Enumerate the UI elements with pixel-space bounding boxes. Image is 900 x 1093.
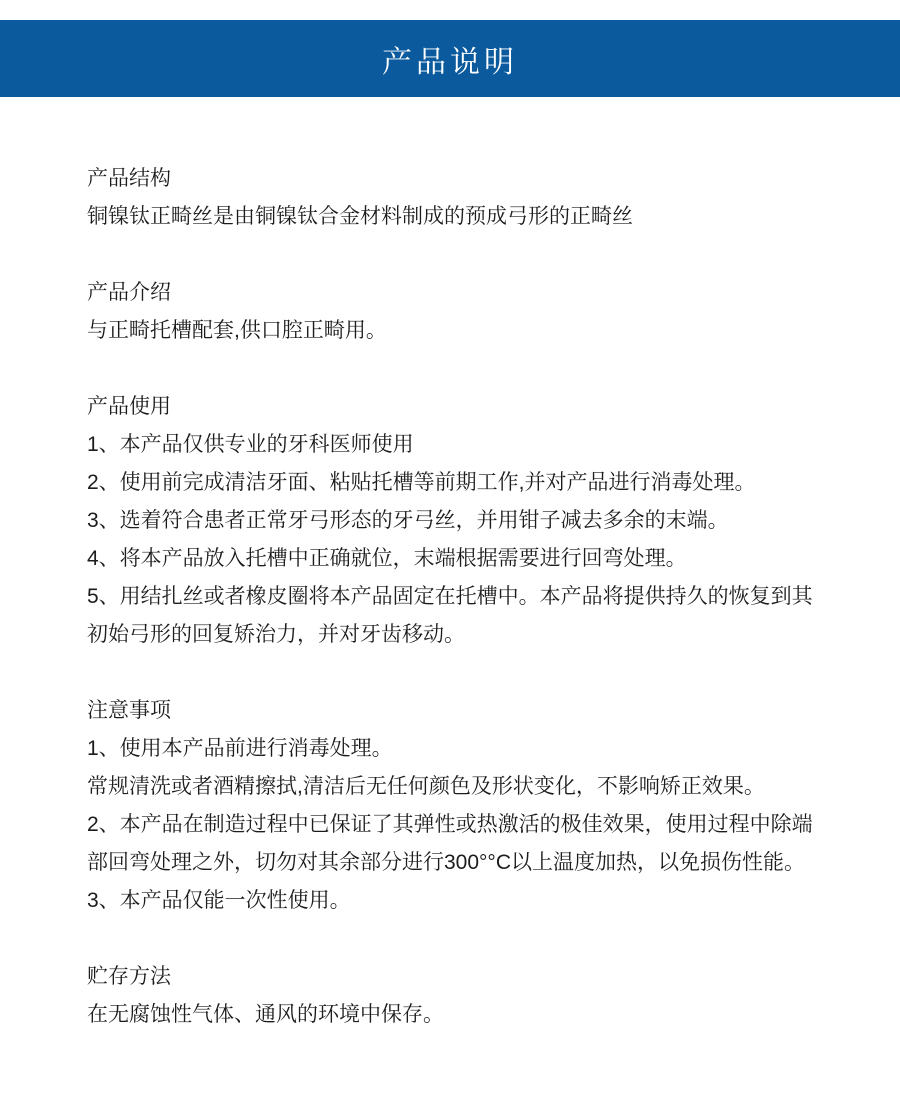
section-precautions: 注意事项 1、使用本产品前进行消毒处理。 常规清洗或者酒精擦拭,清洁后无任何颜色… (87, 692, 870, 920)
section-storage-method: 贮存方法 在无腐蚀性气体、通风的环境中保存。 (87, 958, 870, 1034)
title-banner: 产品说明 (0, 20, 900, 97)
section-heading: 产品使用 (87, 388, 870, 426)
body-line: 部回弯处理之外，切勿对其余部分进行300°°C以上温度加热，以免损伤性能。 (87, 844, 870, 882)
body-line: 5、用结扎丝或者橡皮圈将本产品固定在托槽中。本产品将提供持久的恢复到其 (87, 578, 870, 616)
body-line: 4、将本产品放入托槽中正确就位，末端根据需要进行回弯处理。 (87, 540, 870, 578)
document-content: 产品结构 铜镍钛正畸丝是由铜镍钛合金材料制成的预成弓形的正畸丝 产品介绍 与正畸… (0, 97, 900, 1034)
section-product-structure: 产品结构 铜镍钛正畸丝是由铜镍钛合金材料制成的预成弓形的正畸丝 (87, 160, 870, 236)
body-line: 初始弓形的回复矫治力，并对牙齿移动。 (87, 616, 870, 654)
body-line: 1、使用本产品前进行消毒处理。 (87, 730, 870, 768)
body-line: 1、本产品仅供专业的牙科医师使用 (87, 426, 870, 464)
section-heading: 产品结构 (87, 160, 870, 198)
section-heading: 注意事项 (87, 692, 870, 730)
body-line: 与正畸托槽配套,供口腔正畸用。 (87, 312, 870, 350)
page-title: 产品说明 (382, 37, 518, 81)
section-heading: 产品介绍 (87, 274, 870, 312)
body-line: 3、选着符合患者正常牙弓形态的牙弓丝，并用钳子减去多余的末端。 (87, 502, 870, 540)
section-heading: 贮存方法 (87, 958, 870, 996)
section-product-introduction: 产品介绍 与正畸托槽配套,供口腔正畸用。 (87, 274, 870, 350)
body-line: 2、使用前完成清洁牙面、粘贴托槽等前期工作,并对产品进行消毒处理。 (87, 464, 870, 502)
section-product-usage: 产品使用 1、本产品仅供专业的牙科医师使用 2、使用前完成清洁牙面、粘贴托槽等前… (87, 388, 870, 654)
body-line: 常规清洗或者酒精擦拭,清洁后无任何颜色及形状变化，不影响矫正效果。 (87, 768, 870, 806)
body-line: 铜镍钛正畸丝是由铜镍钛合金材料制成的预成弓形的正畸丝 (87, 198, 870, 236)
body-line: 在无腐蚀性气体、通风的环境中保存。 (87, 996, 870, 1034)
body-line: 2、本产品在制造过程中已保证了其弹性或热激活的极佳效果，使用过程中除端 (87, 806, 870, 844)
body-line: 3、本产品仅能一次性使用。 (87, 882, 870, 920)
